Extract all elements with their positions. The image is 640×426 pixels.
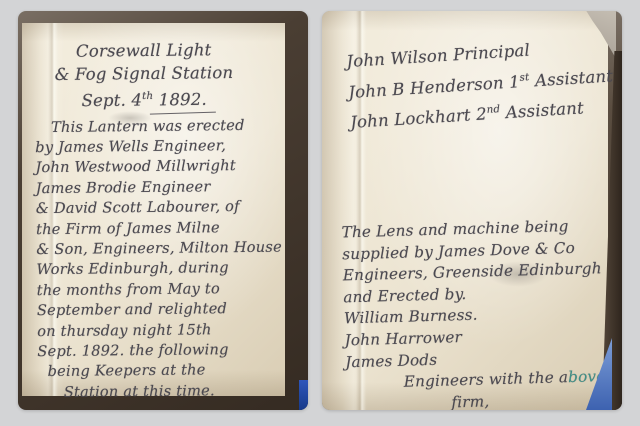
handwritten-line: John Westwood Millwright — [35, 156, 254, 179]
date-text: Sept. 4 — [81, 91, 142, 111]
right-page-text: The Lens and machine being supplied by J… — [341, 216, 588, 410]
right-page-paper: John Wilson Principal John B Henderson 1… — [322, 11, 608, 410]
firm-text: Engineers with the a — [404, 368, 569, 391]
handwritten-line: This Lantern was erected — [35, 115, 254, 138]
document-title-line: & Fog Signal Station — [34, 61, 253, 86]
keepers-list: John Wilson Principal John B Henderson 1… — [345, 30, 590, 136]
handwritten-line: the Firm of James Milne — [36, 217, 255, 240]
document-title-line: Corsewall Light — [34, 38, 253, 63]
handwritten-line: & Son, Engineers, Milton House — [36, 238, 255, 261]
glass-glare — [299, 380, 308, 410]
handwritten-line: September and relighted — [37, 299, 256, 322]
keeper-name: John Lockhart 2 — [350, 104, 488, 132]
date-superscript: th — [142, 91, 153, 102]
handwritten-line: by James Wells Engineer, — [35, 136, 254, 159]
left-page-text: Corsewall Light & Fog Signal Station Sep… — [34, 38, 257, 403]
document-date-line: Sept. 4th 1892. — [35, 84, 254, 113]
left-page-photo[interactable]: Corsewall Light & Fog Signal Station Sep… — [18, 11, 308, 410]
keeper-title: Assistant — [500, 98, 585, 122]
handwritten-line: on thursday night 15th — [37, 319, 256, 342]
left-page-paper: Corsewall Light & Fog Signal Station Sep… — [22, 23, 285, 396]
firm-word-underlined: firm, — [450, 391, 493, 410]
handwritten-line: the months from May to — [37, 279, 256, 302]
right-page-photo[interactable]: John Wilson Principal John B Henderson 1… — [322, 11, 622, 410]
ordinal-superscript: nd — [486, 104, 500, 116]
handwritten-line: being Keepers at the — [37, 360, 256, 383]
handwritten-line: Sept. 1892. the following — [37, 340, 256, 363]
handwritten-line: Station at this time. — [38, 381, 257, 404]
handwritten-line: & David Scott Labourer, of — [36, 197, 255, 220]
keeper-title: Assistant — [529, 66, 614, 90]
handwritten-line: Works Edinburgh, during — [36, 258, 255, 281]
handwritten-line: James Brodie Engineer — [36, 177, 255, 200]
flourish-divider — [150, 111, 216, 114]
date-text: 1892. — [153, 90, 207, 110]
